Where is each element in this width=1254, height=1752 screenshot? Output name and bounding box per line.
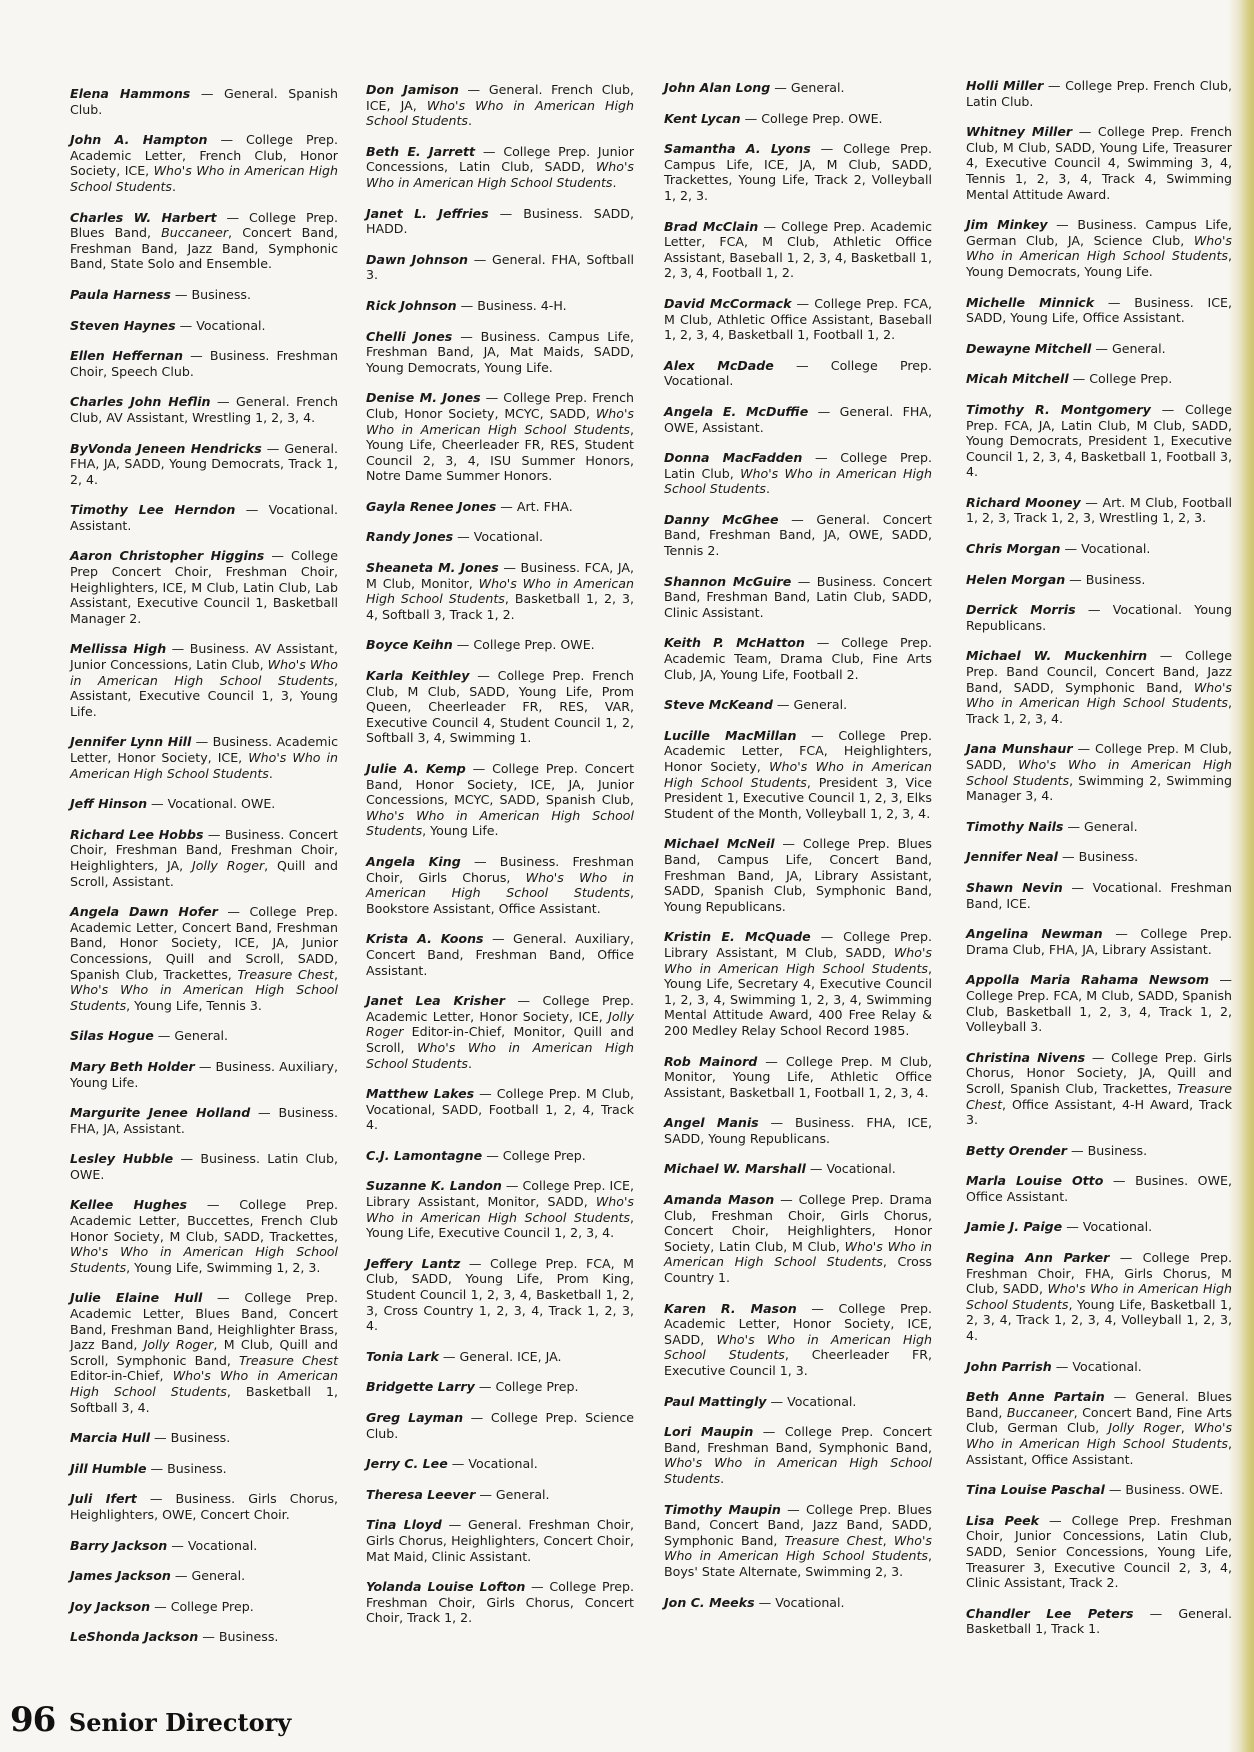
- student-name: Gayla Renee Jones: [366, 499, 496, 514]
- directory-entry: Angel Manis — Business. FHA, ICE, SADD, …: [664, 1115, 932, 1146]
- em-dash-separator: —: [1063, 819, 1084, 834]
- em-dash-separator: —: [482, 1148, 503, 1163]
- student-activities: College Prep. Academic Letter, Concert B…: [70, 904, 338, 1013]
- em-dash-separator: —: [217, 210, 249, 225]
- directory-entry: Shannon McGuire — Business. Concert Band…: [664, 574, 932, 621]
- publication-title: Buccaneer: [1007, 1405, 1074, 1420]
- student-name: Sheaneta M. Jones: [366, 560, 499, 575]
- publication-title: Who's Who in American High School Studen…: [366, 870, 634, 901]
- em-dash-separator: —: [791, 574, 816, 589]
- student-name: Donna MacFadden: [664, 450, 802, 465]
- publication-title: Who's Who in American High School Studen…: [664, 1455, 932, 1486]
- directory-column-1: Elena Hammons — General. Spanish Club.Jo…: [70, 86, 338, 1660]
- directory-entry: Lesley Hubble — Business. Latin Club, OW…: [70, 1151, 338, 1182]
- em-dash-separator: —: [811, 141, 843, 156]
- student-name: Dawn Johnson: [366, 252, 468, 267]
- directory-entry: John Alan Long — General.: [664, 80, 932, 96]
- directory-entry: Barry Jackson — Vocational.: [70, 1538, 338, 1554]
- student-name: Julie A. Kemp: [366, 761, 466, 776]
- directory-entry: Aaron Christopher Higgins — College Prep…: [70, 548, 338, 626]
- student-name: Suzanne K. Landon: [366, 1178, 502, 1193]
- publication-title: Who's Who in American High School Studen…: [70, 1368, 338, 1399]
- directory-entry: Tina Lloyd — General. Freshman Choir, Gi…: [366, 1517, 634, 1564]
- publication-title: Who's Who in American High School Studen…: [664, 759, 932, 790]
- student-activities: Business.: [171, 1430, 231, 1445]
- student-name: Betty Orender: [966, 1143, 1067, 1158]
- student-name: Kristin E. McQuade: [664, 929, 811, 944]
- page-footer: 96 Senior Directory: [10, 1700, 291, 1740]
- publication-title: Jolly Roger: [192, 858, 264, 873]
- em-dash-separator: —: [453, 637, 474, 652]
- em-dash-separator: —: [264, 548, 291, 563]
- student-name: LeShonda Jackson: [70, 1629, 198, 1644]
- publication-title: Who's Who in American High School Studen…: [70, 163, 338, 194]
- student-name: Krista A. Koons: [366, 931, 484, 946]
- directory-entry: Michael W. Muckenhirn — College Prep. Ba…: [966, 648, 1232, 726]
- em-dash-separator: —: [187, 1197, 239, 1212]
- directory-entry: Paul Mattingly — Vocational.: [664, 1394, 932, 1410]
- em-dash-separator: —: [1061, 541, 1082, 556]
- student-name: Angela E. McDuffie: [664, 404, 808, 419]
- student-name: Beth E. Jarrett: [366, 144, 475, 159]
- publication-title: Who's Who in American High School Studen…: [70, 982, 338, 1013]
- publication-title: Who's Who in American High School Studen…: [966, 233, 1232, 264]
- publication-title: Who's Who in American High School Studen…: [70, 1244, 338, 1275]
- student-activities: College Prep.: [503, 1148, 586, 1163]
- em-dash-separator: —: [439, 1349, 460, 1364]
- directory-entry: James Jackson — General.: [70, 1568, 338, 1584]
- student-name: Yolanda Louise Lofton: [366, 1579, 525, 1594]
- directory-column-2: Don Jamison — General. French Club, ICE,…: [366, 82, 634, 1641]
- em-dash-separator: —: [262, 441, 285, 456]
- directory-entry: Tina Louise Paschal — Business. OWE.: [966, 1482, 1232, 1498]
- directory-entry: Chandler Lee Peters — General. Basketbal…: [966, 1606, 1232, 1637]
- student-name: Don Jamison: [366, 82, 459, 97]
- student-activities: General.: [174, 1028, 228, 1043]
- student-name: Alex McDade: [664, 358, 774, 373]
- directory-entry: Randy Jones — Vocational.: [366, 529, 634, 545]
- student-name: Chris Morgan: [966, 541, 1061, 556]
- em-dash-separator: —: [1103, 1173, 1135, 1188]
- publication-title: Who's Who in American High School Studen…: [366, 576, 634, 607]
- student-name: Michelle Minnick: [966, 295, 1094, 310]
- directory-entry: Samantha A. Lyons — College Prep. Campus…: [664, 141, 932, 203]
- em-dash-separator: —: [741, 111, 762, 126]
- em-dash-separator: —: [147, 796, 168, 811]
- directory-entry: Amanda Mason — College Prep. Drama Club,…: [664, 1192, 932, 1286]
- student-name: Michael W. Marshall: [664, 1161, 806, 1176]
- em-dash-separator: —: [1081, 495, 1103, 510]
- em-dash-separator: —: [154, 1028, 175, 1043]
- student-name: Greg Layman: [366, 1410, 463, 1425]
- student-name: C.J. Lamontagne: [366, 1148, 482, 1163]
- student-name: Charles John Heflin: [70, 394, 211, 409]
- student-activities: Vocational.: [1072, 1359, 1141, 1374]
- student-activities: General.: [496, 1487, 550, 1502]
- em-dash-separator: —: [460, 1256, 490, 1271]
- student-name: Michael W. Muckenhirn: [966, 648, 1147, 663]
- student-name: Rob Mainord: [664, 1054, 757, 1069]
- directory-entry: Jennifer Lynn Hill — Business. Academic …: [70, 734, 338, 781]
- em-dash-separator: —: [781, 1502, 806, 1517]
- student-name: Chelli Jones: [366, 329, 452, 344]
- em-dash-separator: —: [1151, 402, 1185, 417]
- directory-column-4: Holli Miller — College Prep. French Club…: [966, 78, 1232, 1652]
- em-dash-separator: —: [1134, 1606, 1179, 1621]
- student-name: Elena Hammons: [70, 86, 190, 101]
- student-name: Steve McKeand: [664, 697, 773, 712]
- em-dash-separator: —: [475, 1487, 496, 1502]
- em-dash-separator: —: [190, 86, 224, 101]
- student-name: Timothy Maupin: [664, 1502, 781, 1517]
- student-name: Bridgette Larry: [366, 1379, 475, 1394]
- student-activities: Business.: [1088, 1143, 1148, 1158]
- publication-title: Who's Who in American High School Studen…: [70, 750, 338, 781]
- student-name: Richard Mooney: [966, 495, 1081, 510]
- student-name: Lisa Peek: [966, 1513, 1039, 1528]
- student-name: Timothy Lee Herndon: [70, 502, 235, 517]
- student-name: Julie Elaine Hull: [70, 1290, 202, 1305]
- em-dash-separator: —: [191, 734, 212, 749]
- student-name: Theresa Leever: [366, 1487, 475, 1502]
- student-name: Christina Nivens: [966, 1050, 1085, 1065]
- section-title: Senior Directory: [69, 1708, 291, 1737]
- em-dash-separator: —: [469, 668, 497, 683]
- student-activities: Business.: [219, 1629, 279, 1644]
- em-dash-separator: —: [1073, 741, 1095, 756]
- directory-entry: Jeffery Lantz — College Prep. FCA, M Clu…: [366, 1256, 634, 1334]
- directory-entry: Betty Orender — Business.: [966, 1143, 1232, 1159]
- directory-entry: Margurite Jenee Holland — Business. FHA,…: [70, 1105, 338, 1136]
- em-dash-separator: —: [137, 1491, 176, 1506]
- student-name: Amanda Mason: [664, 1192, 774, 1207]
- directory-entry: Mellissa High — Business. AV Assistant, …: [70, 641, 338, 719]
- student-activities: Vocational.: [1081, 541, 1150, 556]
- directory-entry: Steve McKeand — General.: [664, 697, 932, 713]
- em-dash-separator: —: [808, 404, 839, 419]
- student-name: Angela King: [366, 854, 461, 869]
- directory-entry: Angela Dawn Hofer — College Prep. Academ…: [70, 904, 338, 1013]
- em-dash-separator: —: [1085, 1050, 1111, 1065]
- student-name: Randy Jones: [366, 529, 453, 544]
- directory-entry: Julie A. Kemp — College Prep. Concert Ba…: [366, 761, 634, 839]
- em-dash-separator: —: [211, 394, 237, 409]
- student-name: Jana Munshaur: [966, 741, 1073, 756]
- student-name: Shawn Nevin: [966, 880, 1063, 895]
- student-activities: College Prep. FCA, M Club, SADD, Spanish…: [966, 988, 1232, 1034]
- publication-title: Who's Who in American High School Studen…: [966, 1420, 1232, 1451]
- em-dash-separator: —: [1105, 1482, 1126, 1497]
- directory-entry: Kristin E. McQuade — College Prep. Libra…: [664, 929, 932, 1038]
- student-name: Timothy R. Montgomery: [966, 402, 1151, 417]
- student-name: John Parrish: [966, 1359, 1052, 1374]
- directory-entry: Paula Harness — Business.: [70, 287, 338, 303]
- em-dash-separator: —: [1039, 1513, 1072, 1528]
- student-name: Jon C. Meeks: [664, 1595, 755, 1610]
- directory-entry: Michelle Minnick — Business. ICE, SADD, …: [966, 295, 1232, 326]
- em-dash-separator: —: [1094, 295, 1134, 310]
- student-name: Karla Keithley: [366, 668, 469, 683]
- em-dash-separator: —: [218, 904, 250, 919]
- student-name: Angela Dawn Hofer: [70, 904, 218, 919]
- directory-entry: Silas Hogue — General.: [70, 1028, 338, 1044]
- senior-directory-columns: Elena Hammons — General. Spanish Club.Jo…: [0, 78, 1254, 1698]
- student-activities: General.: [1112, 341, 1166, 356]
- em-dash-separator: —: [176, 318, 197, 333]
- student-name: Samantha A. Lyons: [664, 141, 811, 156]
- page-number: 96: [10, 1700, 55, 1740]
- publication-title: Who's Who in American High School Studen…: [366, 1040, 634, 1071]
- em-dash-separator: —: [1105, 1389, 1135, 1404]
- directory-entry: Krista A. Koons — General. Auxiliary, Co…: [366, 931, 634, 978]
- em-dash-separator: —: [202, 1290, 244, 1305]
- em-dash-separator: —: [774, 358, 831, 373]
- student-activities: Vocational.: [1083, 1219, 1152, 1234]
- directory-entry: Gayla Renee Jones — Art. FHA.: [366, 499, 634, 515]
- publication-title: Who's Who in American High School Studen…: [966, 757, 1232, 788]
- em-dash-separator: —: [489, 206, 524, 221]
- publication-title: Jolly Roger: [1108, 1420, 1180, 1435]
- em-dash-separator: —: [1072, 124, 1098, 139]
- em-dash-separator: —: [204, 827, 225, 842]
- em-dash-separator: —: [195, 1059, 216, 1074]
- student-activities: College Prep.: [1089, 371, 1172, 386]
- em-dash-separator: —: [1209, 972, 1232, 987]
- directory-entry: Karla Keithley — College Prep. French Cl…: [366, 668, 634, 746]
- publication-title: Who's Who in American High School Studen…: [664, 466, 932, 497]
- student-name: Silas Hogue: [70, 1028, 154, 1043]
- directory-entry: Micah Mitchell — College Prep.: [966, 371, 1232, 387]
- directory-entry: Shawn Nevin — Vocational. Freshman Band,…: [966, 880, 1232, 911]
- directory-entry: Charles John Heflin — General. French Cl…: [70, 394, 338, 425]
- em-dash-separator: —: [442, 1517, 468, 1532]
- directory-entry: Lori Maupin — College Prep. Concert Band…: [664, 1424, 932, 1486]
- publication-title: Treasure Chest: [239, 1353, 338, 1368]
- student-name: James Jackson: [70, 1568, 171, 1583]
- student-name: Whitney Miller: [966, 124, 1072, 139]
- student-name: Jeffery Lantz: [366, 1256, 460, 1271]
- directory-entry: Don Jamison — General. French Club, ICE,…: [366, 82, 634, 129]
- em-dash-separator: —: [171, 287, 192, 302]
- directory-entry: Kellee Hughes — College Prep. Academic L…: [70, 1197, 338, 1275]
- student-name: Angelina Newman: [966, 926, 1103, 941]
- em-dash-separator: —: [448, 1456, 469, 1471]
- directory-entry: Danny McGhee — General. Concert Band, Fr…: [664, 512, 932, 559]
- student-name: Kent Lycan: [664, 111, 741, 126]
- em-dash-separator: —: [1147, 648, 1185, 663]
- em-dash-separator: —: [1063, 880, 1093, 895]
- em-dash-separator: —: [250, 1105, 278, 1120]
- em-dash-separator: —: [1065, 572, 1086, 587]
- directory-entry: Angela King — Business. Freshman Choir, …: [366, 854, 634, 916]
- directory-entry: Bridgette Larry — College Prep.: [366, 1379, 634, 1395]
- publication-title: Who's Who in American High School Studen…: [366, 406, 634, 437]
- directory-entry: Elena Hammons — General. Spanish Club.: [70, 86, 338, 117]
- student-name: Boyce Keihn: [366, 637, 453, 652]
- student-name: Mellissa High: [70, 641, 166, 656]
- directory-entry: Boyce Keihn — College Prep. OWE.: [366, 637, 634, 653]
- student-activities: Vocational.: [468, 1456, 537, 1471]
- directory-entry: Janet L. Jeffries — Business. SADD, HADD…: [366, 206, 634, 237]
- directory-entry: Richard Lee Hobbs — Business. Concert Ch…: [70, 827, 338, 889]
- student-activities: Business. OWE.: [1125, 1482, 1223, 1497]
- em-dash-separator: —: [805, 635, 841, 650]
- student-name: Timothy Nails: [966, 819, 1063, 834]
- student-name: Appolla Maria Rahama Newsom: [966, 972, 1209, 987]
- publication-title: Who's Who in American High School Studen…: [966, 680, 1232, 711]
- directory-entry: Rick Johnson — Business. 4-H.: [366, 298, 634, 314]
- student-name: Helen Morgan: [966, 572, 1065, 587]
- student-name: Michael McNeil: [664, 836, 775, 851]
- publication-title: Treasure Chest: [785, 1533, 883, 1548]
- student-name: Kellee Hughes: [70, 1197, 187, 1212]
- student-activities: College Prep. OWE.: [473, 637, 594, 652]
- student-name: Derrick Morris: [966, 602, 1076, 617]
- student-activities: Vocational. OWE.: [168, 796, 276, 811]
- directory-entry: Denise M. Jones — College Prep. French C…: [366, 390, 634, 484]
- student-name: Lori Maupin: [664, 1424, 753, 1439]
- directory-entry: Yolanda Louise Lofton — College Prep. Fr…: [366, 1579, 634, 1626]
- directory-entry: Christina Nivens — College Prep. Girls C…: [966, 1050, 1232, 1128]
- em-dash-separator: —: [1067, 1143, 1088, 1158]
- student-activities: College Prep.: [495, 1379, 578, 1394]
- directory-entry: Tonia Lark — General. ICE, JA.: [366, 1349, 634, 1365]
- student-name: Keith P. McHatton: [664, 635, 805, 650]
- directory-entry: Suzanne K. Landon — College Prep. ICE, L…: [366, 1178, 634, 1240]
- em-dash-separator: —: [1043, 78, 1065, 93]
- em-dash-separator: —: [757, 1054, 786, 1069]
- em-dash-separator: —: [1058, 849, 1079, 864]
- directory-entry: Angela E. McDuffie — General. FHA, OWE, …: [664, 404, 932, 435]
- directory-entry: Chris Morgan — Vocational.: [966, 541, 1232, 557]
- directory-entry: Jill Humble — Business.: [70, 1461, 338, 1477]
- em-dash-separator: —: [167, 1538, 188, 1553]
- student-name: Tonia Lark: [366, 1349, 439, 1364]
- em-dash-separator: —: [753, 1424, 785, 1439]
- em-dash-separator: —: [797, 1301, 839, 1316]
- student-name: Juli Ifert: [70, 1491, 137, 1506]
- student-activities: Business.: [1079, 849, 1139, 864]
- em-dash-separator: —: [147, 1461, 168, 1476]
- student-name: Jim Minkey: [966, 217, 1048, 232]
- student-activities: Vocational.: [196, 318, 265, 333]
- directory-entry: Charles W. Harbert — College Prep. Blues…: [70, 210, 338, 272]
- directory-entry: Timothy Lee Herndon — Vocational. Assist…: [70, 502, 338, 533]
- em-dash-separator: —: [499, 560, 521, 575]
- student-name: Charles W. Harbert: [70, 210, 217, 225]
- em-dash-separator: —: [1048, 217, 1078, 232]
- em-dash-separator: —: [1103, 926, 1141, 941]
- em-dash-separator: —: [183, 348, 210, 363]
- student-activities: College Prep.: [171, 1599, 254, 1614]
- em-dash-separator: —: [811, 929, 843, 944]
- student-activities: Business.: [167, 1461, 227, 1476]
- student-activities: College Prep. Academic Letter, Blues Ban…: [70, 1290, 338, 1414]
- student-activities: General.: [791, 80, 845, 95]
- em-dash-separator: —: [474, 1086, 497, 1101]
- student-name: Karen R. Mason: [664, 1301, 797, 1316]
- directory-entry: Jana Munshaur — College Prep. M Club, SA…: [966, 741, 1232, 803]
- em-dash-separator: —: [1069, 371, 1090, 386]
- publication-title: Buccaneer: [161, 225, 228, 240]
- em-dash-separator: —: [475, 144, 503, 159]
- em-dash-separator: —: [466, 761, 492, 776]
- directory-entry: Derrick Morris — Vocational. Young Repub…: [966, 602, 1232, 633]
- em-dash-separator: —: [496, 499, 517, 514]
- publication-title: Who's Who in American High School Studen…: [70, 657, 338, 688]
- em-dash-separator: —: [150, 1599, 171, 1614]
- em-dash-separator: —: [1091, 341, 1112, 356]
- student-name: Margurite Jenee Holland: [70, 1105, 250, 1120]
- directory-entry: Richard Mooney — Art. M Club, Football 1…: [966, 495, 1232, 526]
- publication-title: Who's Who in American High School Studen…: [366, 808, 634, 839]
- student-name: Lucille MacMillan: [664, 728, 796, 743]
- em-dash-separator: —: [796, 728, 838, 743]
- student-activities: Vocational.: [775, 1595, 844, 1610]
- directory-entry: Dewayne Mitchell — General.: [966, 341, 1232, 357]
- directory-entry: Matthew Lakes — College Prep. M Club, Vo…: [366, 1086, 634, 1133]
- directory-entry: Janet Lea Krisher — College Prep. Academ…: [366, 993, 634, 1071]
- directory-entry: Alex McDade — College Prep. Vocational.: [664, 358, 932, 389]
- em-dash-separator: —: [457, 298, 478, 313]
- directory-entry: Sheaneta M. Jones — Business. FCA, JA, M…: [366, 560, 634, 622]
- student-name: Chandler Lee Peters: [966, 1606, 1134, 1621]
- directory-entry: Angelina Newman — College Prep. Drama Cl…: [966, 926, 1232, 957]
- student-activities: Art. FHA.: [517, 499, 573, 514]
- em-dash-separator: —: [171, 1568, 192, 1583]
- directory-entry: LeShonda Jackson — Business.: [70, 1629, 338, 1645]
- directory-entry: Chelli Jones — Business. Campus Life, Fr…: [366, 329, 634, 376]
- student-name: Jerry C. Lee: [366, 1456, 448, 1471]
- student-name: Brad McClain: [664, 219, 758, 234]
- em-dash-separator: —: [459, 82, 489, 97]
- student-activities: General.: [1084, 819, 1138, 834]
- directory-entry: Jon C. Meeks — Vocational.: [664, 1595, 932, 1611]
- student-activities: Business.: [1086, 572, 1146, 587]
- em-dash-separator: —: [452, 329, 480, 344]
- student-name: David McCormack: [664, 296, 792, 311]
- student-name: Micah Mitchell: [966, 371, 1069, 386]
- directory-entry: Jeff Hinson — Vocational. OWE.: [70, 796, 338, 812]
- student-activities: General.: [793, 697, 847, 712]
- student-name: Lesley Hubble: [70, 1151, 173, 1166]
- student-name: Jeff Hinson: [70, 796, 147, 811]
- student-name: John A. Hampton: [70, 132, 208, 147]
- student-activities: Business. 4-H.: [477, 298, 566, 313]
- em-dash-separator: —: [758, 219, 781, 234]
- directory-entry: Lucille MacMillan — College Prep. Academ…: [664, 728, 932, 822]
- directory-entry: Timothy R. Montgomery — College Prep. FC…: [966, 402, 1232, 480]
- student-name: Richard Lee Hobbs: [70, 827, 204, 842]
- student-activities: College Prep. OWE.: [761, 111, 882, 126]
- student-name: Dewayne Mitchell: [966, 341, 1091, 356]
- directory-entry: John A. Hampton — College Prep. Academic…: [70, 132, 338, 194]
- directory-entry: Jim Minkey — Business. Campus Life, Germ…: [966, 217, 1232, 279]
- em-dash-separator: —: [453, 529, 474, 544]
- directory-entry: Holli Miller — College Prep. French Club…: [966, 78, 1232, 109]
- directory-entry: Theresa Leever — General.: [366, 1487, 634, 1503]
- student-name: Janet L. Jeffries: [366, 206, 489, 221]
- directory-entry: Marcia Hull — Business.: [70, 1430, 338, 1446]
- directory-entry: Timothy Nails — General.: [966, 819, 1232, 835]
- publication-title: Treasure Chest: [237, 967, 334, 982]
- em-dash-separator: —: [502, 1178, 523, 1193]
- em-dash-separator: —: [475, 1379, 496, 1394]
- publication-title: Who's Who in American High School Studen…: [664, 1239, 932, 1270]
- em-dash-separator: —: [484, 931, 513, 946]
- student-activities: Vocational.: [474, 529, 543, 544]
- student-name: ByVonda Jeneen Hendricks: [70, 441, 262, 456]
